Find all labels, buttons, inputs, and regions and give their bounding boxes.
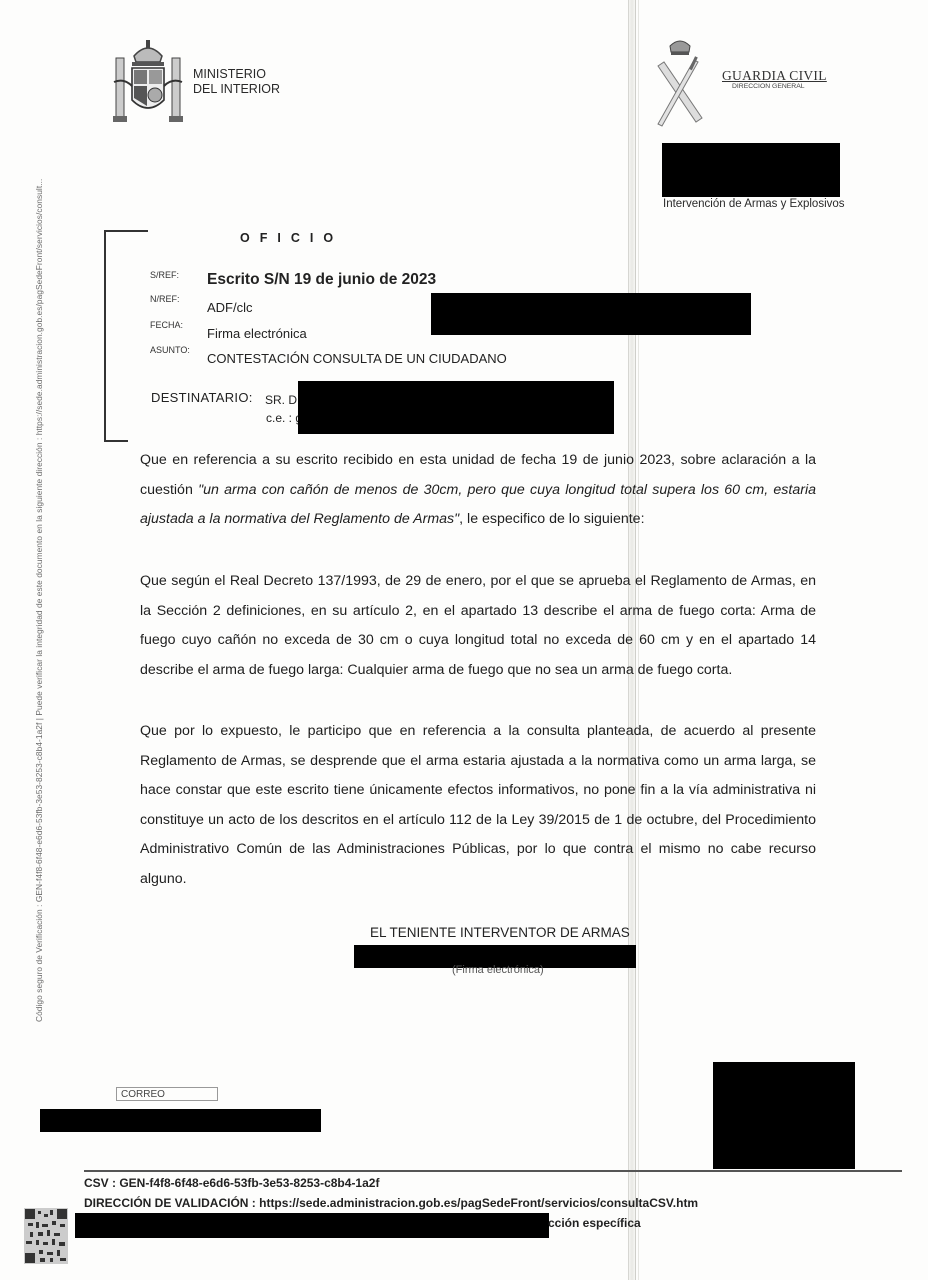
redaction-box [75,1213,549,1238]
body-paragraph-1: Que en referencia a su escrito recibido … [140,446,816,535]
signature-firma: (Firma electrónica) [452,964,544,976]
validation-address: DIRECCIÓN DE VALIDACIÓN : https://sede.a… [84,1196,698,1210]
guardia-civil-emblem-icon [652,36,710,132]
footer-divider [84,1170,902,1172]
redaction-box [40,1109,321,1132]
footer-line3-tail: cción específica [548,1216,641,1230]
spain-coat-of-arms-icon [112,38,184,124]
destinatario-email: c.e. : g [266,411,302,425]
ministry-line1: MINISTERIO [193,67,280,82]
fecha-label: FECHA: [150,320,183,330]
csv-code: CSV : GEN-f4f8-6f48-e6d6-53fb-3e53-8253-… [84,1176,379,1190]
nref-value: ADF/clc [207,300,253,315]
sref-label: S/REF: [150,270,179,280]
guardia-civil-title: GUARDIA CIVIL [722,68,827,84]
destinatario-name: SR. D. [265,393,300,407]
sref-value: Escrito S/N 19 de junio de 2023 [207,271,436,289]
redaction-box [431,293,751,335]
asunto-label: ASUNTO: [150,345,190,355]
ministry-line2: DEL INTERIOR [193,82,280,97]
nref-label: N/REF: [150,294,180,304]
guardia-civil-subtitle: DIRECCION GENERAL [732,83,805,90]
signature-title: EL TENIENTE INTERVENTOR DE ARMAS [370,925,630,940]
ministry-name: MINISTERIO DEL INTERIOR [193,67,280,97]
address-bracket [104,230,146,442]
qr-code-icon [24,1208,68,1264]
correo-label: CORREO [116,1087,218,1101]
redaction-box [713,1062,855,1169]
body-paragraph-3: Que por lo expuesto, le participo que en… [140,717,816,894]
body-paragraph-2: Que según el Real Decreto 137/1993, de 2… [140,567,816,685]
redaction-box [298,381,614,434]
asunto-value: CONTESTACIÓN CONSULTA DE UN CIUDADANO [207,351,507,366]
department-name: Intervención de Armas y Explosivos [663,198,845,210]
margin-verification-text: Código seguro de Verificación : GEN-f4f8… [34,179,44,1022]
destinatario-label: DESTINATARIO: [151,390,253,405]
oficio-title: OFICIO [240,231,343,245]
redaction-box [662,143,840,197]
fecha-value: Firma electrónica [207,326,307,341]
